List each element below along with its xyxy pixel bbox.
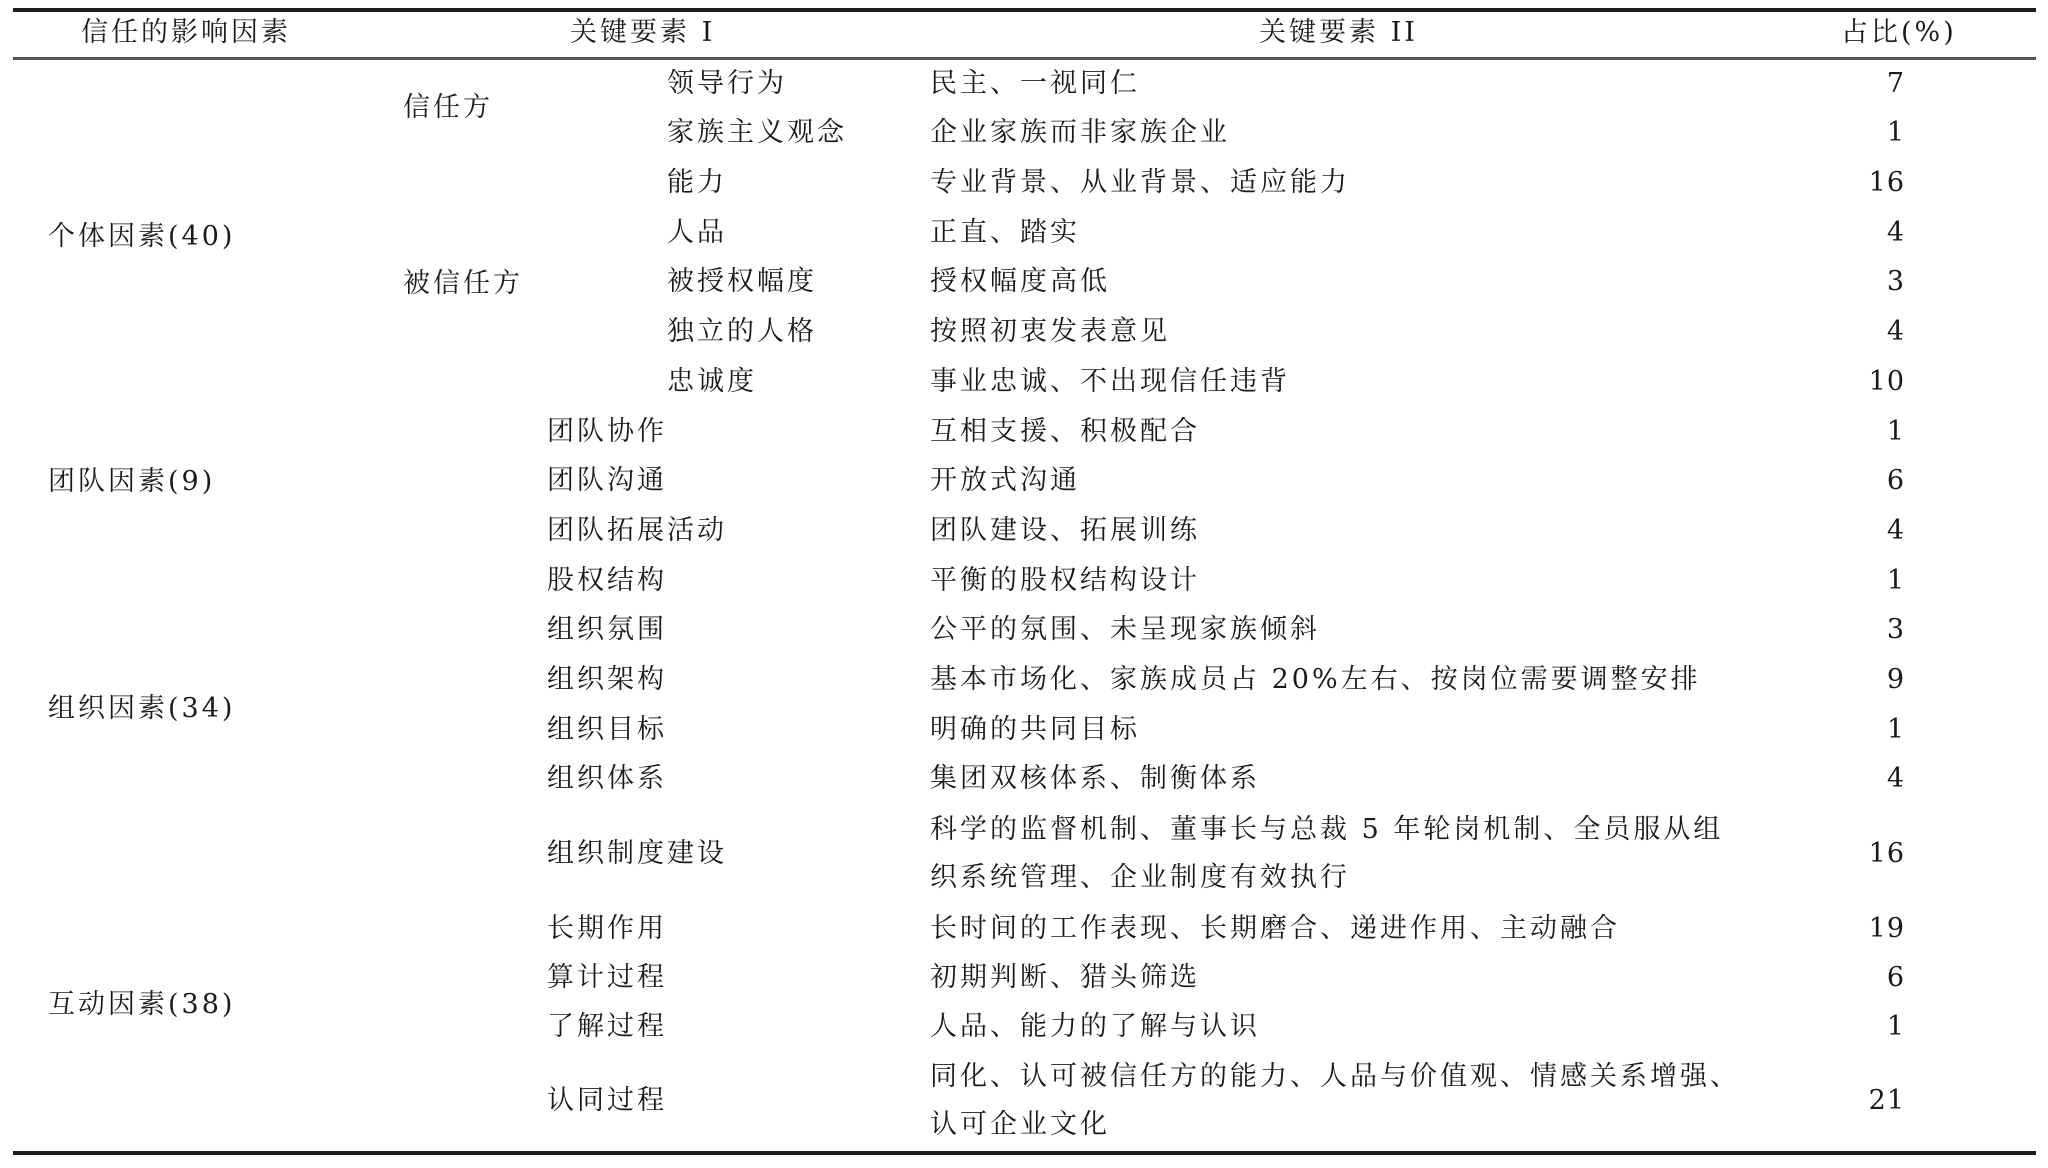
percentage-value: 21 <box>1845 1086 1905 1116</box>
percentage-value: 4 <box>1845 317 1905 347</box>
header-key-element-1: 关键要素 I <box>570 18 715 48</box>
key-element-1: 股权结构 <box>547 566 667 596</box>
key-element-2: 基本市场化、家族成员占 20%左右、按岗位需要调整安排 <box>930 665 1701 695</box>
key-element-1: 组织制度建设 <box>547 839 727 869</box>
key-element-2: 互相支援、积极配合 <box>930 417 1200 447</box>
key-element-1: 能力 <box>667 168 727 198</box>
key-element-1: 组织目标 <box>547 715 667 745</box>
key-element-2: 事业忠诚、不出现信任违背 <box>930 367 1290 397</box>
group-label: 团队因素(9) <box>48 467 215 497</box>
percentage-value: 7 <box>1845 69 1905 99</box>
subgroup-label: 信任方 <box>403 93 493 123</box>
key-element-2: 人品、能力的了解与认识 <box>930 1012 1260 1042</box>
key-element-1: 独立的人格 <box>667 317 817 347</box>
key-element-2: 同化、认可被信任方的能力、人品与价值观、情感关系增强、认可企业文化 <box>930 1053 1750 1149</box>
percentage-value: 3 <box>1845 615 1905 645</box>
key-element-2: 专业背景、从业背景、适应能力 <box>930 168 1350 198</box>
key-element-1: 人品 <box>667 218 727 248</box>
key-element-1: 团队协作 <box>547 417 667 447</box>
key-element-1: 领导行为 <box>667 69 787 99</box>
percentage-value: 1 <box>1845 1012 1905 1042</box>
key-element-2: 授权幅度高低 <box>930 267 1110 297</box>
key-element-1: 认同过程 <box>547 1086 667 1116</box>
key-element-1: 忠诚度 <box>667 367 757 397</box>
group-label: 个体因素(40) <box>48 222 235 252</box>
percentage-value: 19 <box>1845 914 1905 944</box>
group-label: 互动因素(38) <box>48 990 235 1020</box>
key-element-1: 长期作用 <box>547 914 667 944</box>
percentage-value: 1 <box>1845 566 1905 596</box>
key-element-1: 了解过程 <box>547 1012 667 1042</box>
key-element-2: 集团双核体系、制衡体系 <box>930 764 1260 794</box>
percentage-value: 6 <box>1845 963 1905 993</box>
key-element-2: 民主、一视同仁 <box>930 69 1140 99</box>
bottom-rule <box>13 1151 2036 1155</box>
key-element-2: 开放式沟通 <box>930 466 1080 496</box>
percentage-value: 16 <box>1845 839 1905 869</box>
percentage-value: 4 <box>1845 764 1905 794</box>
header-key-element-2: 关键要素 II <box>1259 18 1418 48</box>
percentage-value: 9 <box>1845 665 1905 695</box>
key-element-1: 团队拓展活动 <box>547 516 727 546</box>
percentage-value: 1 <box>1845 118 1905 148</box>
key-element-1: 组织架构 <box>547 665 667 695</box>
key-element-2: 长时间的工作表现、长期磨合、递进作用、主动融合 <box>930 914 1620 944</box>
key-element-1: 组织体系 <box>547 764 667 794</box>
key-element-2: 平衡的股权结构设计 <box>930 566 1200 596</box>
top-rule <box>13 8 2036 12</box>
key-element-2: 初期判断、猎头筛选 <box>930 963 1200 993</box>
key-element-1: 家族主义观念 <box>667 118 847 148</box>
key-element-2: 企业家族而非家族企业 <box>930 118 1230 148</box>
percentage-value: 4 <box>1845 516 1905 546</box>
header-influence-factor: 信任的影响因素 <box>81 18 291 48</box>
key-element-1: 被授权幅度 <box>667 267 817 297</box>
percentage-value: 1 <box>1845 417 1905 447</box>
key-element-2: 按照初衷发表意见 <box>930 317 1170 347</box>
key-element-2: 公平的氛围、未呈现家族倾斜 <box>930 615 1320 645</box>
group-label: 组织因素(34) <box>48 694 235 724</box>
header-rule <box>13 57 2036 60</box>
key-element-2: 团队建设、拓展训练 <box>930 516 1200 546</box>
header-percentage: 占比(%) <box>1841 18 1957 48</box>
key-element-1: 团队沟通 <box>547 466 667 496</box>
percentage-value: 4 <box>1845 218 1905 248</box>
percentage-value: 10 <box>1845 367 1905 397</box>
percentage-value: 16 <box>1845 168 1905 198</box>
subgroup-label: 被信任方 <box>403 269 523 299</box>
key-element-1: 组织氛围 <box>547 615 667 645</box>
key-element-2: 科学的监督机制、董事长与总裁 5 年轮岗机制、全员服从组织系统管理、企业制度有效… <box>930 806 1750 902</box>
percentage-value: 6 <box>1845 466 1905 496</box>
percentage-value: 3 <box>1845 267 1905 297</box>
key-element-2: 明确的共同目标 <box>930 715 1140 745</box>
key-element-1: 算计过程 <box>547 963 667 993</box>
percentage-value: 1 <box>1845 715 1905 745</box>
key-element-2: 正直、踏实 <box>930 218 1080 248</box>
